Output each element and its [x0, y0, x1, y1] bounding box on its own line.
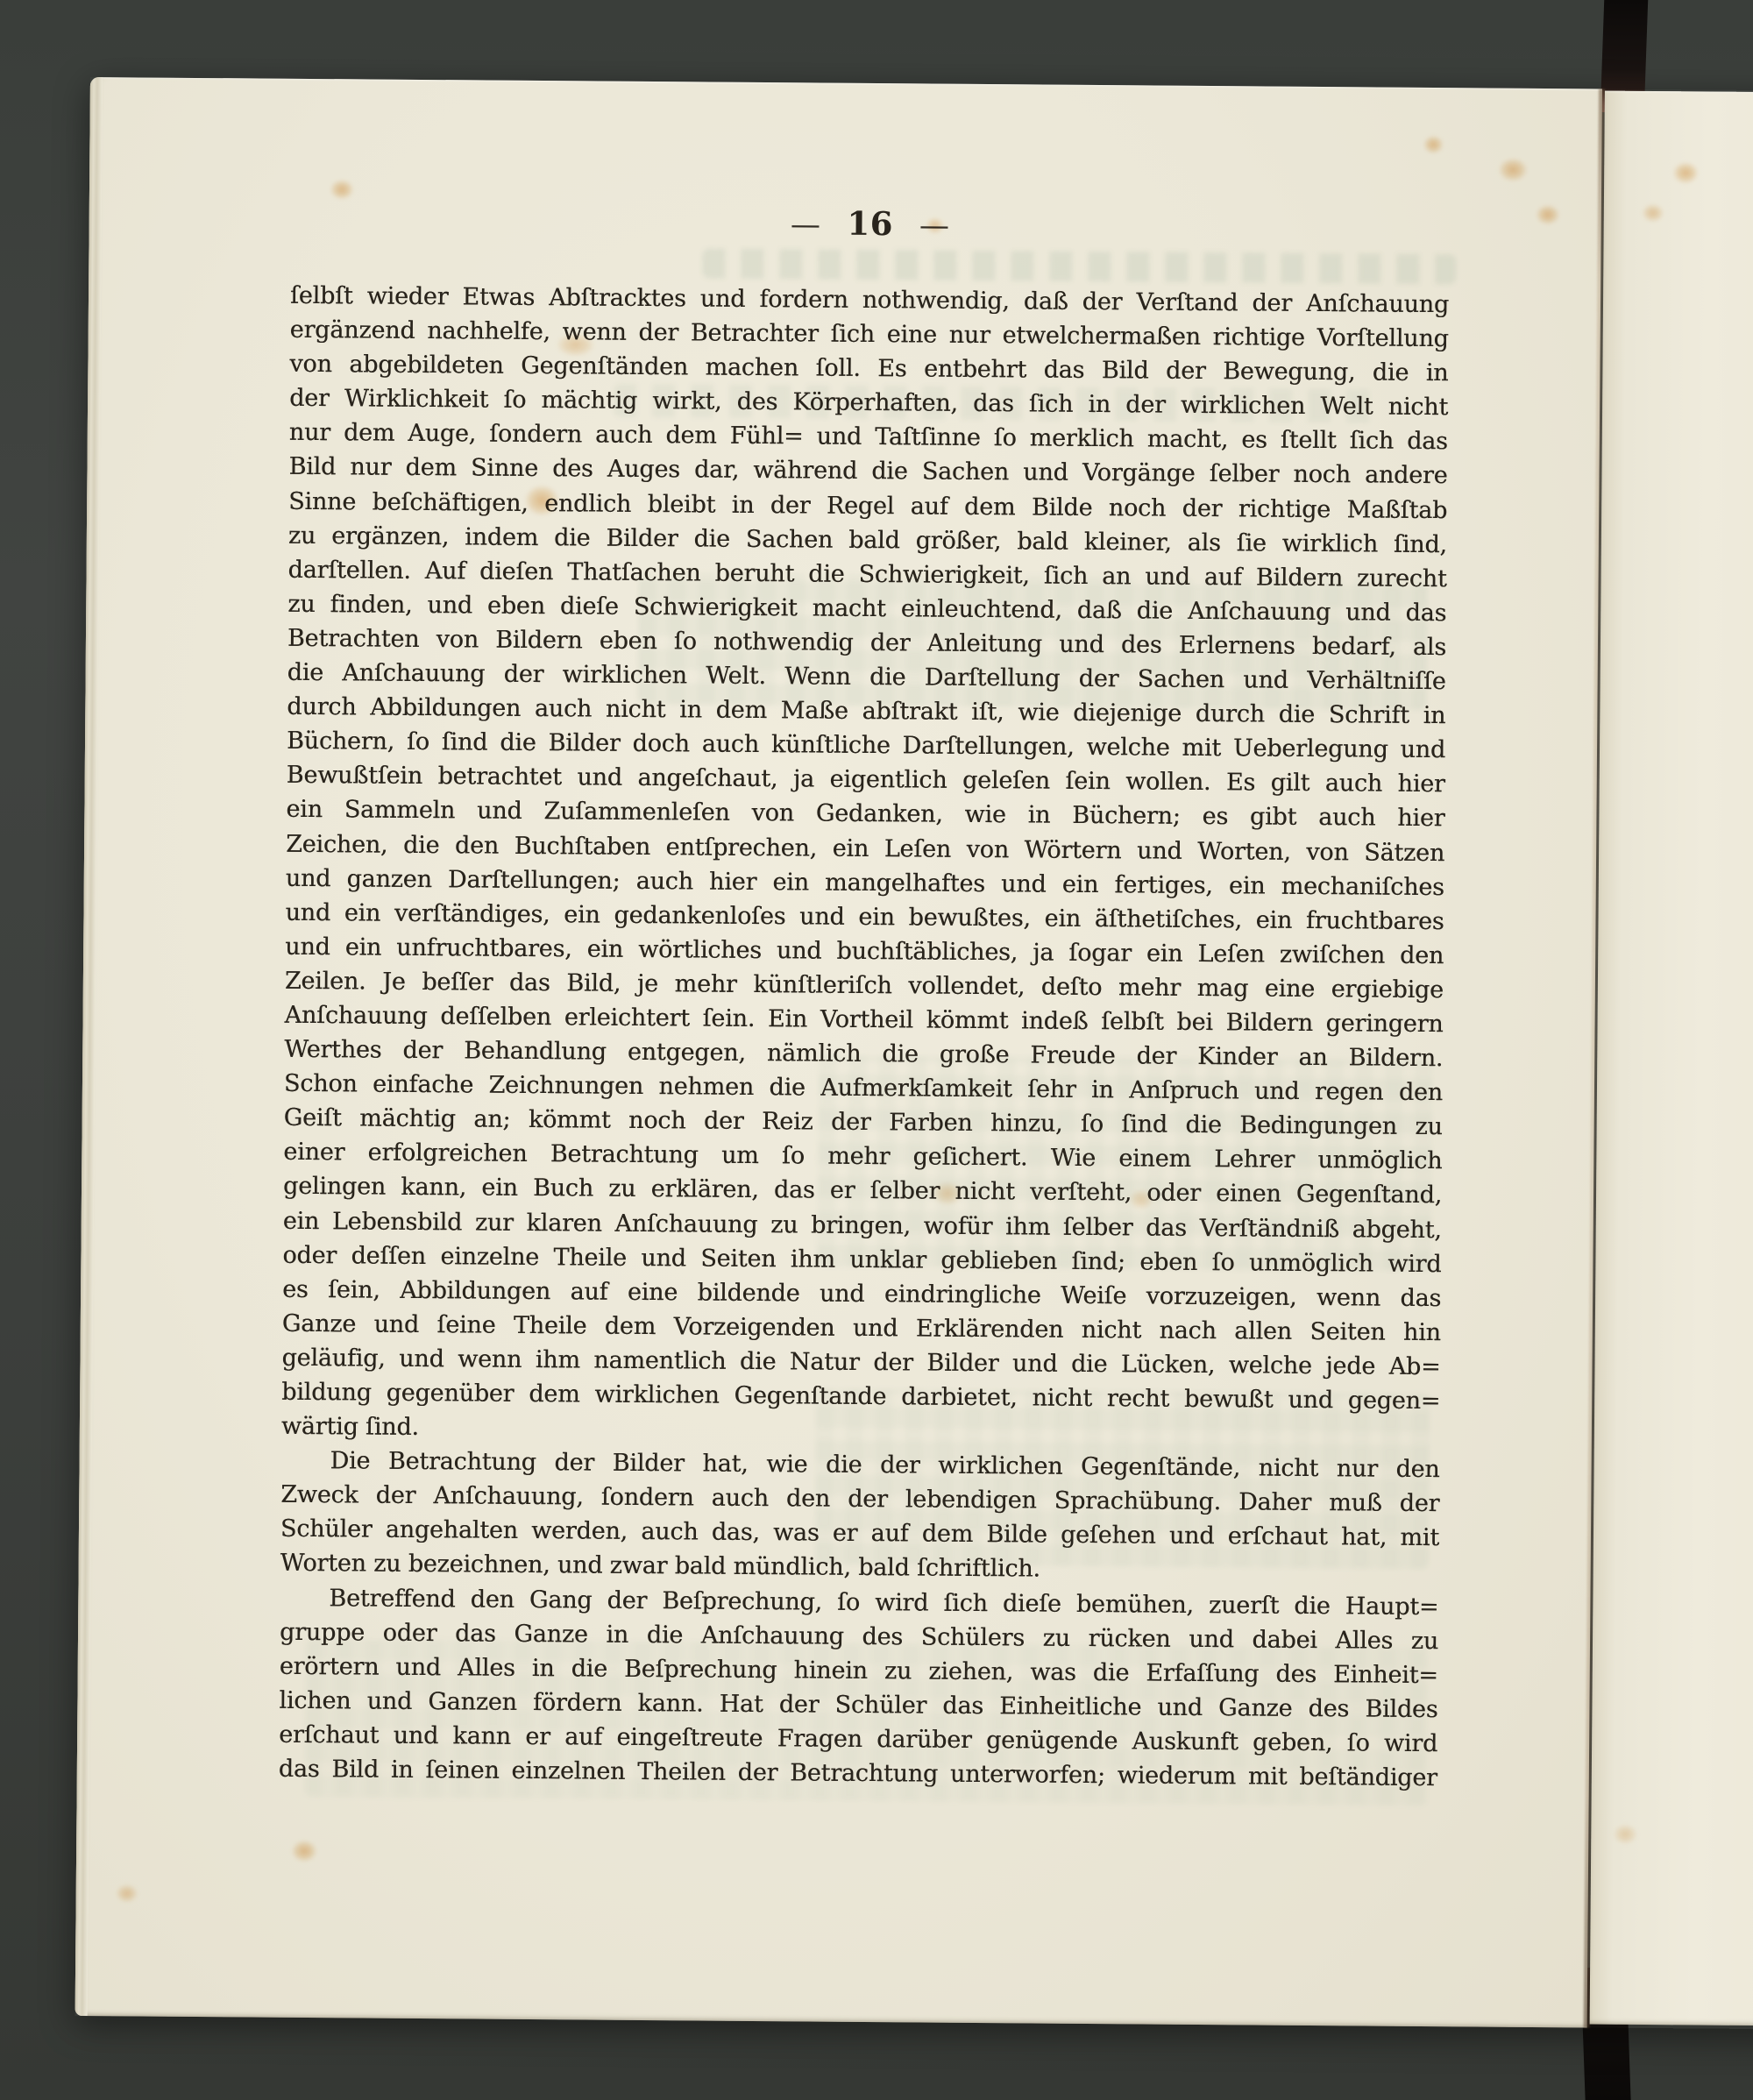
paragraph: Die Betrachtung der Bilder hat, wie die …	[280, 1444, 1440, 1590]
page-header: —16—	[291, 202, 1450, 247]
text-block: ſelbſt wieder Etwas Abſtracktes und ford…	[279, 279, 1449, 1795]
page-number: 16	[847, 204, 893, 243]
header-dash-right: —	[919, 208, 950, 243]
fore-edge-page	[1590, 91, 1753, 2026]
show-through-ghost	[702, 248, 1456, 284]
book: —16— ſelbſt wieder Etwas Abſtracktes und…	[75, 77, 1753, 2029]
book-photo: —16— ſelbſt wieder Etwas Abſtracktes und…	[0, 0, 1753, 2100]
paragraph: ſelbſt wieder Etwas Abſtracktes und ford…	[281, 279, 1449, 1453]
paragraph: Betreffend den Gang der Beſprechung, ſo …	[279, 1580, 1439, 1795]
page: —16— ſelbſt wieder Etwas Abſtracktes und…	[75, 77, 1602, 2027]
header-dash-left: —	[791, 207, 821, 242]
